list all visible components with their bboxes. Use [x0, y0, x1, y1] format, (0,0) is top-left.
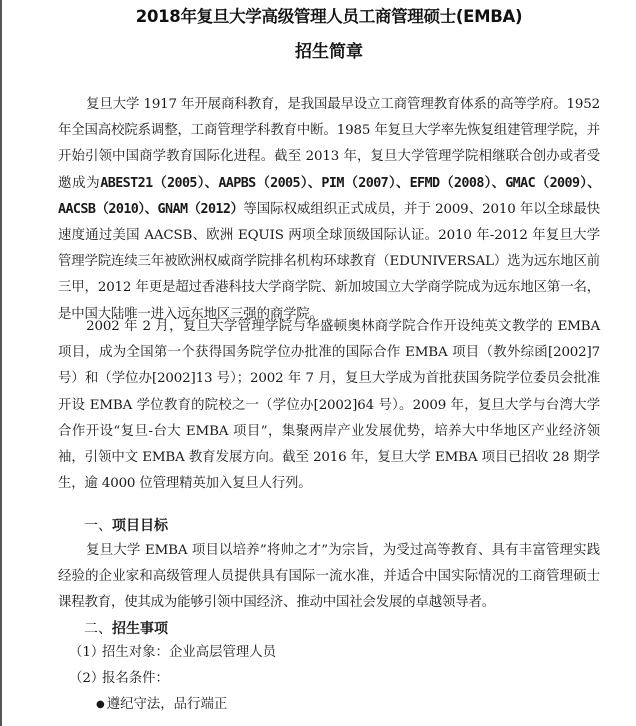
paragraph-goals: 复旦大学 EMBA 项目以培养”将帅之才”为宗旨，为受过高等教育、具有丰富管理实… — [58, 538, 600, 617]
page-left-border — [0, 0, 2, 726]
section-title: 招生事项 — [112, 621, 168, 637]
section-number: 一、 — [84, 518, 112, 534]
list-item-number: （2） — [69, 668, 102, 690]
list-item: （2）报名条件： — [69, 668, 169, 690]
document-title: 2018年复旦大学高级管理人员工商管理硕士(EMBA) — [58, 6, 600, 28]
section-number: 二、 — [84, 621, 112, 637]
list-item-text: 报名条件： — [102, 671, 169, 686]
list-item-text: 招生对象：企业高层管理人员 — [102, 645, 276, 660]
list-item: （1）招生对象：企业高层管理人员 — [69, 642, 276, 664]
paragraph-history: 复旦大学 1917 年开展商科教育，是我国最早设立工商管理教育体系的高等学府。1… — [58, 92, 600, 328]
section-heading-goals: 一、项目目标 — [84, 515, 168, 537]
list-item-number: （1） — [69, 642, 102, 664]
paragraph-history-rest: 等国际权威组织正式成员，并于 2009、2010 年以全球最快速度通过美国 AA… — [58, 202, 600, 322]
paragraph-emba-history: 2002 年 2 月，复旦大学管理学院与华盛顿奥林商学院合作开设纯英文教学的 E… — [58, 314, 600, 497]
bullet-icon: ● — [96, 699, 105, 710]
bullet-text: 遵纪守法，品行端正 — [107, 697, 228, 712]
document-subtitle: 招生简章 — [58, 40, 600, 64]
bullet-item: ●遵纪守法，品行端正 — [96, 694, 227, 717]
section-title: 项目目标 — [112, 518, 168, 534]
section-heading-admissions: 二、招生事项 — [84, 618, 168, 640]
